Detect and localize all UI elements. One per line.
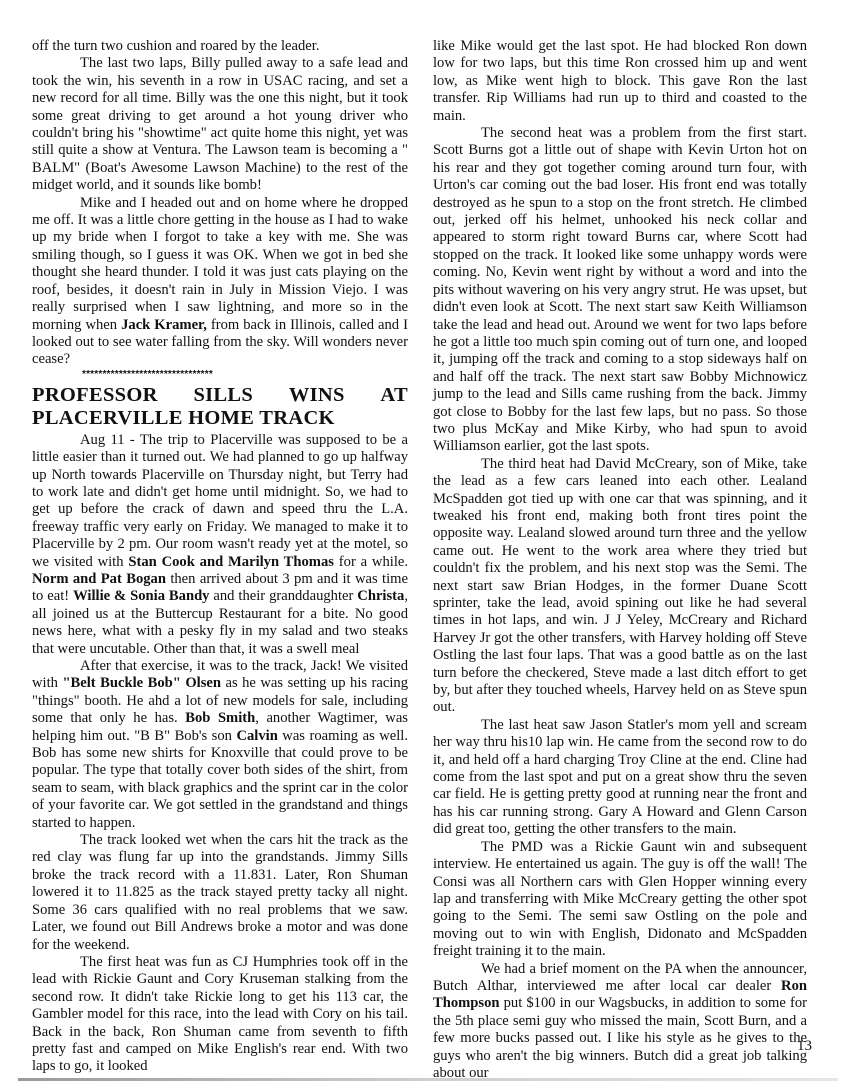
paragraph: The last heat saw Jason Statler's mom ye… — [433, 717, 807, 839]
paragraph: The first heat was fun as CJ Humphries t… — [32, 954, 408, 1076]
headline-line-1: PROFESSOR SILLS WINS AT — [32, 384, 408, 407]
paragraph: The PMD was a Rickie Gaunt win and subse… — [433, 839, 807, 961]
text: Aug 11 - The trip to Placerville was sup… — [32, 432, 408, 570]
person-name: Bob Smith — [185, 710, 255, 726]
left-column: off the turn two cushion and roared by t… — [32, 38, 408, 1076]
paragraph: off the turn two cushion and roared by t… — [32, 38, 408, 55]
person-name: Stan Cook and Marilyn Thomas — [128, 554, 334, 570]
paragraph: like Mike would get the last spot. He ha… — [433, 38, 807, 125]
text: for a while. — [334, 554, 408, 570]
article-headline: PROFESSOR SILLS WINS AT PLACERVILLE HOME… — [32, 384, 408, 430]
person-name: Calvin — [236, 728, 277, 744]
paragraph: Aug 11 - The trip to Placerville was sup… — [32, 432, 408, 658]
paragraph: The track looked wet when the cars hit t… — [32, 832, 408, 954]
headline-word: PROFESSOR — [32, 384, 158, 407]
person-name: Willie & Sonia Bandy — [73, 588, 209, 604]
person-name: Jack Kramer, — [121, 317, 207, 333]
text: and their granddaughter — [209, 588, 357, 604]
person-name: Norm and Pat Bogan — [32, 571, 166, 587]
headline-word: AT — [380, 384, 408, 407]
right-column: like Mike would get the last spot. He ha… — [433, 38, 807, 1082]
paragraph: The third heat had David McCreary, son o… — [433, 456, 807, 717]
scan-edge-shadow — [18, 1078, 838, 1081]
headline-word: WINS — [289, 384, 345, 407]
paragraph: We had a brief moment on the PA when the… — [433, 961, 807, 1083]
page-number: 13 — [797, 1038, 812, 1055]
person-name: "Belt Buckle Bob" Olsen — [62, 675, 221, 691]
text: We had a brief moment on the PA when the… — [433, 961, 807, 994]
headline-word: SILLS — [193, 384, 253, 407]
headline-line-2: PLACERVILLE HOME TRACK — [32, 407, 408, 430]
section-separator: ******************************** — [32, 369, 408, 381]
text: Mike and I headed out and on home where … — [32, 195, 408, 333]
paragraph: After that exercise, it was to the track… — [32, 658, 408, 832]
paragraph: Mike and I headed out and on home where … — [32, 195, 408, 369]
person-name: Christa — [357, 588, 404, 604]
paragraph: The second heat was a problem from the f… — [433, 125, 807, 456]
newsletter-page: off the turn two cushion and roared by t… — [0, 0, 850, 1090]
paragraph: The last two laps, Billy pulled away to … — [32, 55, 408, 194]
